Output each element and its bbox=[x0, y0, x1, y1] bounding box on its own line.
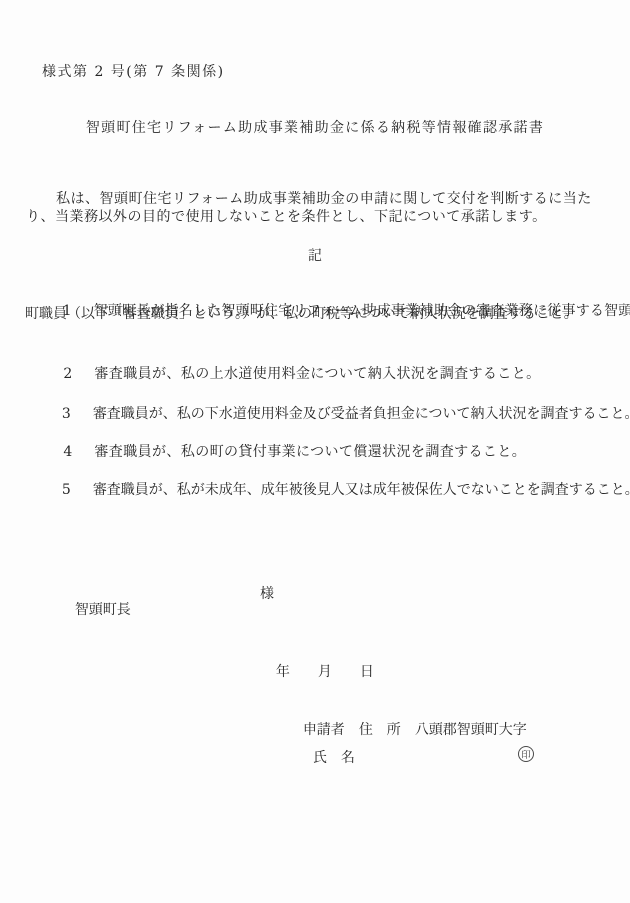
list-item-1-continuation: 町職員（以下「審査職員」という。）が、私の町税等について納入状況を調査すること。 bbox=[25, 303, 578, 323]
list-item-5-text: 審査職員が、私が未成年、成年被後見人又は成年被保佐人でないことを調査すること。 bbox=[93, 482, 630, 498]
list-item-4-number: 4 bbox=[63, 444, 94, 460]
applicant-label: 申請者 bbox=[303, 722, 345, 738]
list-item-5-number: 5 bbox=[62, 482, 93, 498]
list-item-2-number: 2 bbox=[63, 366, 94, 382]
list-item-2-text: 審査職員が、私の上水道使用料金について納入状況を調査すること。 bbox=[94, 366, 540, 382]
date-day-label: 日 bbox=[360, 664, 374, 680]
addressee-line: 智頭町長 様 bbox=[57, 583, 131, 651]
seal-mark-icon: 印 bbox=[518, 746, 534, 762]
date-month-label: 月 bbox=[318, 664, 332, 680]
list-item-4-text: 審査職員が、私の町の貸付事業について償還状況を調査すること。 bbox=[94, 444, 526, 460]
addressee-honorific: 様 bbox=[260, 583, 274, 603]
applicant-name-label: 氏 名 bbox=[313, 747, 355, 767]
document-title: 智頭町住宅リフォーム助成事業補助金に係る納税等情報確認承諾書 bbox=[0, 117, 630, 137]
intro-paragraph-line-2: り、当業務以外の目的で使用しないことを条件とし、下記について承諾します。 bbox=[26, 206, 547, 226]
form-number: 様式第 2 号(第 7 条関係) bbox=[42, 61, 225, 81]
list-item-3-number: 3 bbox=[62, 406, 93, 422]
document-page: 様式第 2 号(第 7 条関係) 智頭町住宅リフォーム助成事業補助金に係る納税等… bbox=[0, 0, 630, 903]
applicant-address-label: 住 所 bbox=[359, 722, 401, 738]
addressee-name: 智頭町長 bbox=[75, 602, 131, 618]
date-line: 年月日 bbox=[258, 645, 374, 697]
list-item-5: 5審査職員が、私が未成年、成年被後見人又は成年被保佐人でないことを調査すること。 bbox=[44, 463, 630, 515]
applicant-address-value: 八頭郡智頭町大字 bbox=[415, 722, 527, 738]
record-heading: 記 bbox=[0, 245, 630, 265]
list-item-3-text: 審査職員が、私の下水道使用料金及び受益者負担金について納入状況を調査すること。 bbox=[93, 406, 630, 422]
intro-paragraph-line-1: 私は、智頭町住宅リフォーム助成事業補助金の申請に関して交付を判断するに当た bbox=[56, 188, 592, 208]
date-year-label: 年 bbox=[276, 664, 290, 680]
